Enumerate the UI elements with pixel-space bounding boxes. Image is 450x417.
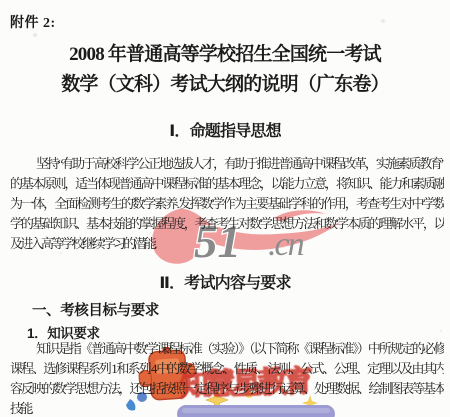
section1-heading: Ⅰ．命题指导思想 [0,118,450,141]
scanned-document-page: 51 .cn 知慧星教育 附件 2: 2008 年普通高等学校招生全国统一 [0,0,450,417]
document-content: 附件 2: 2008 年普通高等学校招生全国统一考试 数学（文科）考试大纲的说明… [0,0,450,417]
text-line: 及进入高等学校继续学习的潜能. [10,234,444,254]
section1-paragraph: 坚持“有助于高校科学公正地选拔人才，有助于推进普通高中课程改革，实施素质教育”的… [10,154,444,254]
attachment-label: 附件 2: [10,12,56,32]
section2-subheading: 一、考核目标与要求 [32,299,159,320]
text-line: 学的基础知识、基本技能的掌握程度，考查考生对数学思想方法和数学本质的理解水平，以 [10,214,444,234]
section2-heading: Ⅱ．考试内容与要求 [0,270,450,293]
text-line: 知识是指《普通高中数学课程标准（实验）》（以下简称《课程标准》）中所规定的必修 [10,339,444,359]
section2-paragraph: 知识是指《普通高中数学课程标准（实验）》（以下简称《课程标准》）中所规定的必修课… [10,339,444,417]
text-line: 坚持“有助于高校科学公正地选拔人才，有助于推进普通高中课程改革，实施素质教育” [10,154,444,174]
text-line: 技能. [10,399,444,417]
text-line: 的基本原则，适当体现普通高中课程标准的基本理念，以能力立意，将知识、能力和素质融 [10,174,444,194]
text-line: 课程、选修课程系列 1 和系列 4 中的数学概念、性质、法则、公式、公理、定理以… [10,359,444,379]
document-title-line2: 数学（文科）考试大纲的说明（广东卷） [0,69,450,96]
text-line: 容反映的数学思想方法，还包括按照一定程序与步骤进行运算、处理数据、绘制图表等基本 [10,379,444,399]
document-title-line1: 2008 年普通高等学校招生全国统一考试 [0,39,450,66]
text-line: 为一体，全面检测考生的数学素养. 发挥数学作为主要基础学科的作用，考查考生对中学… [10,194,444,214]
